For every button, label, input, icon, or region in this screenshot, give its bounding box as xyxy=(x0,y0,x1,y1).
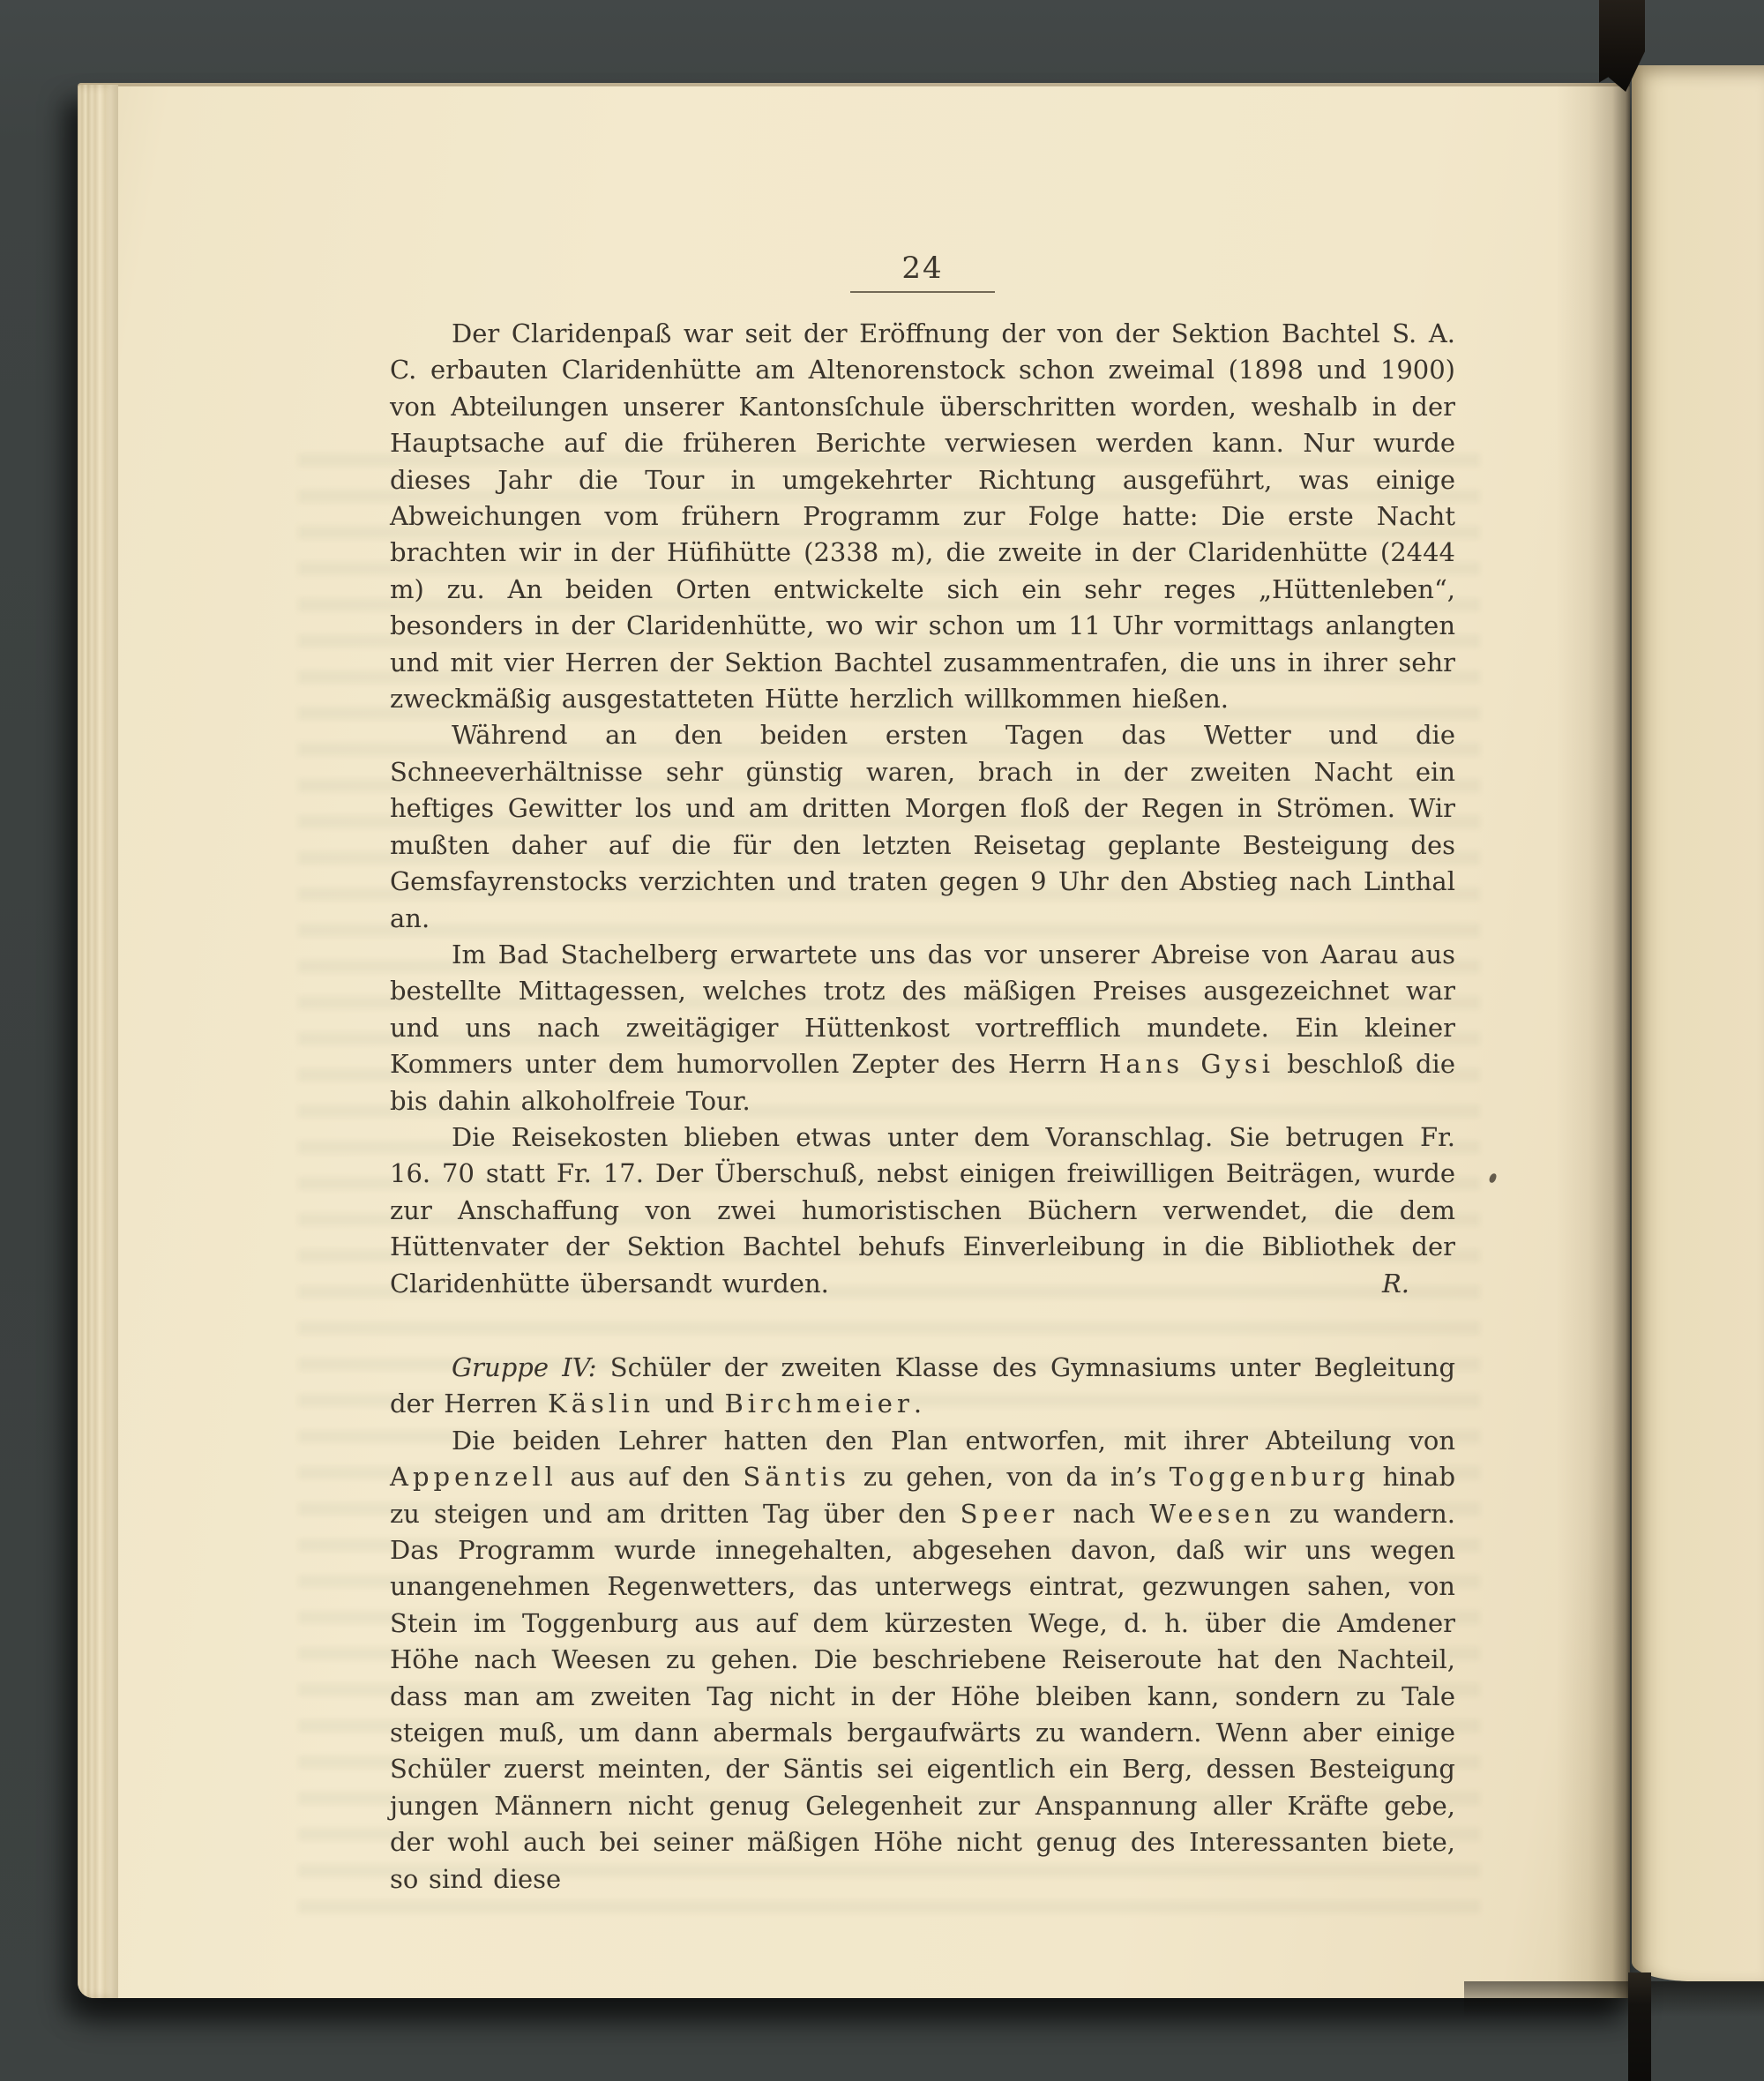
facing-page-edge xyxy=(1632,65,1764,1981)
text-segment: Gruppe IV: xyxy=(452,1352,596,1382)
spine-shadow xyxy=(1628,1972,1651,2081)
bottom-gutter-shadow xyxy=(1464,1981,1764,2017)
text-segment: Während an den beiden ersten Tagen das W… xyxy=(390,720,1455,932)
text-segment: Der Claridenpaß war seit der Eröffnung d… xyxy=(390,318,1455,714)
text-segment: zu wandern. Das Programm wurde innegehal… xyxy=(390,1499,1455,1894)
text-segment: zu gehen, von da in’s xyxy=(850,1462,1170,1492)
text-segment: aus auf den xyxy=(557,1462,744,1492)
paragraphs: Der Claridenpaß war seit der Eröffnung d… xyxy=(390,316,1455,1898)
text-segment: und xyxy=(654,1389,724,1419)
paragraph: Der Claridenpaß war seit der Eröffnung d… xyxy=(390,316,1455,717)
text-segment: Hans Gysi xyxy=(1099,1049,1274,1079)
text-segment: Appenzell xyxy=(390,1462,557,1492)
page-text-block: 24 Der Claridenpaß war seit der Eröffnun… xyxy=(390,251,1455,1898)
gutter-shadow xyxy=(1556,83,1630,1998)
text-segment: Säntis xyxy=(743,1462,850,1492)
text-segment: Toggenburg xyxy=(1170,1462,1370,1492)
ink-speck xyxy=(1488,1172,1497,1184)
text-segment: Die beiden Lehrer hatten den Plan entwor… xyxy=(452,1426,1455,1456)
page-number: 24 xyxy=(850,251,994,293)
text-segment: Die Reisekosten blieben etwas unter dem … xyxy=(390,1122,1455,1299)
paragraph: Gruppe IV: Schüler der zweiten Klasse de… xyxy=(390,1350,1455,1423)
paragraph: Die Reisekosten blieben etwas unter dem … xyxy=(390,1119,1455,1302)
text-segment: Speer xyxy=(960,1499,1059,1529)
text-segment: nach xyxy=(1058,1499,1149,1529)
page-fore-edge-stack xyxy=(78,85,118,1998)
paragraph: Die beiden Lehrer hatten den Plan entwor… xyxy=(390,1423,1455,1898)
book-page-verso: 24 Der Claridenpaß war seit der Eröffnun… xyxy=(78,83,1630,1998)
scanned-book-spread: 24 Der Claridenpaß war seit der Eröffnun… xyxy=(0,0,1764,2081)
author-initial: R. xyxy=(1320,1266,1409,1302)
page-number-row: 24 xyxy=(390,251,1455,293)
text-segment: Weesen xyxy=(1149,1499,1275,1529)
text-segment: Birchmeier xyxy=(724,1389,913,1419)
page-top-edge xyxy=(78,83,1630,86)
text-segment: Käslin xyxy=(548,1389,654,1419)
paragraph: Im Bad Stachelberg erwartete uns das vor… xyxy=(390,937,1455,1119)
text-segment: . xyxy=(914,1389,922,1419)
paragraph: Während an den beiden ersten Tagen das W… xyxy=(390,717,1455,936)
